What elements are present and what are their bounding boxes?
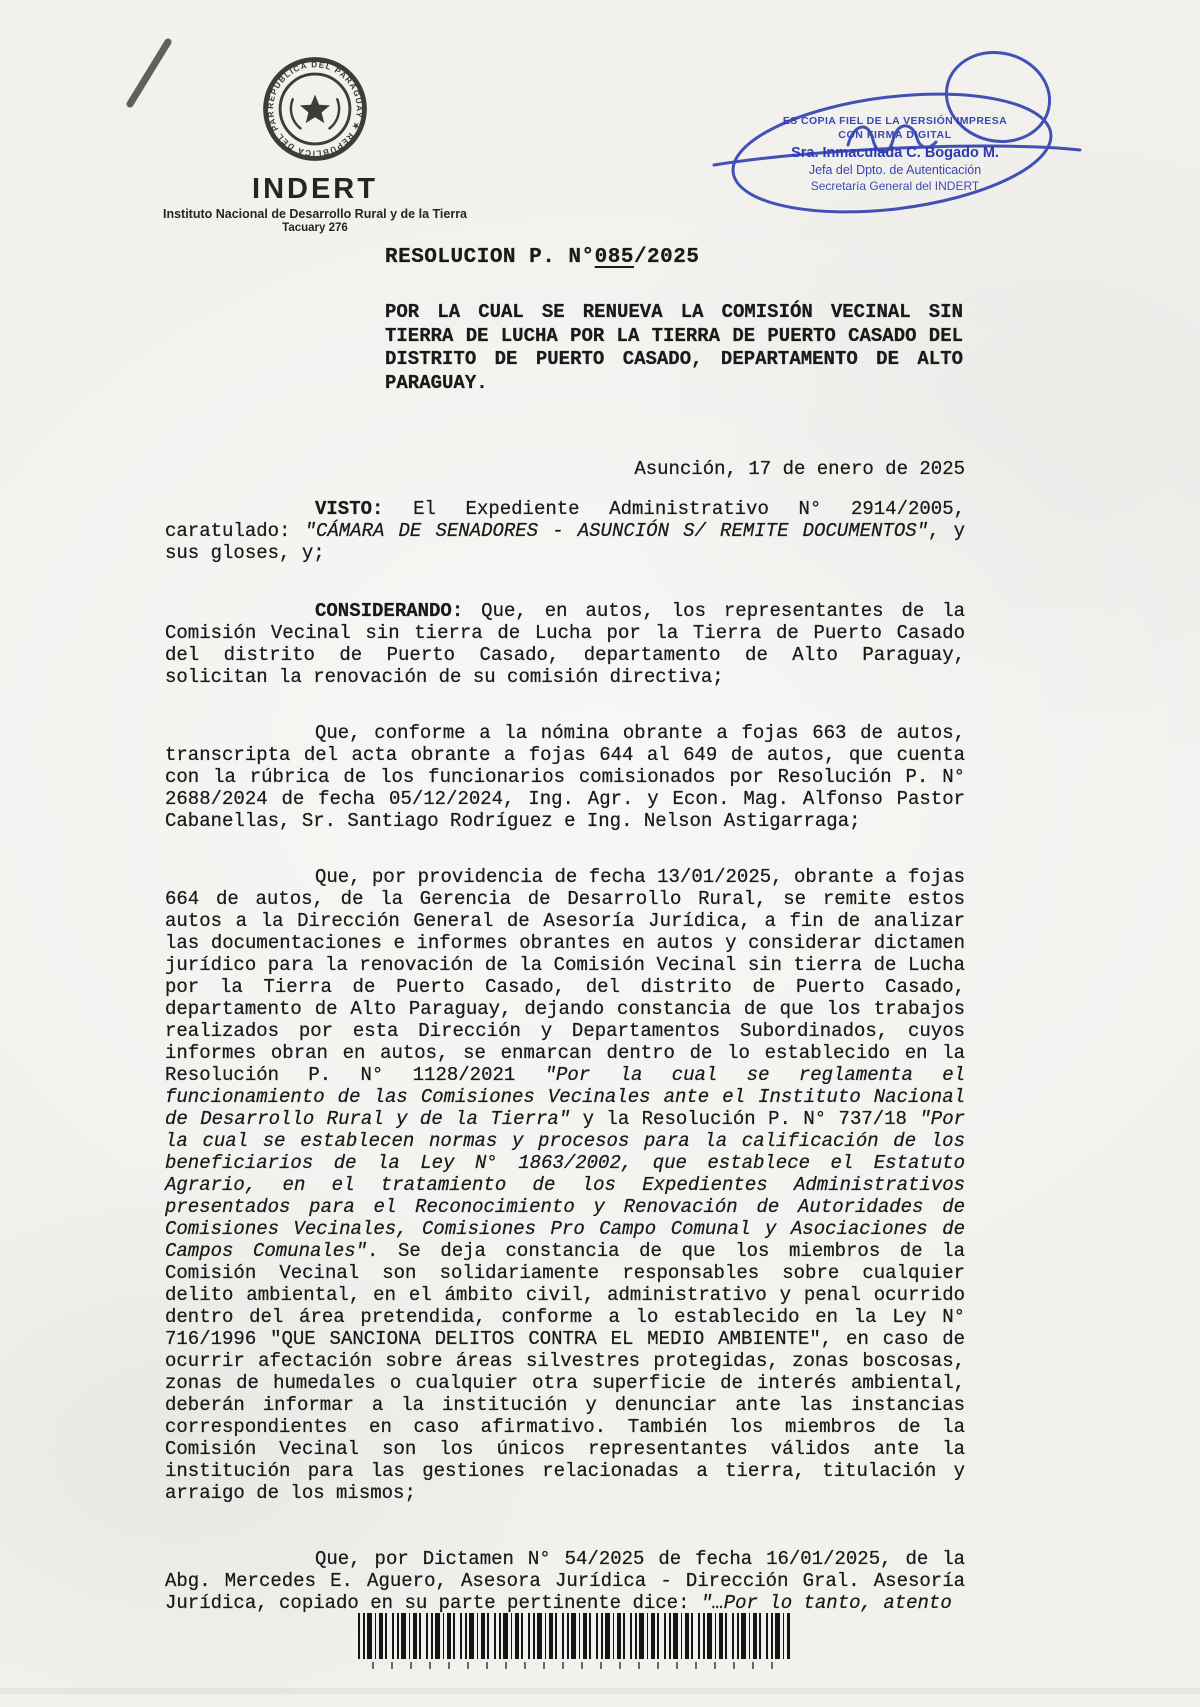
dateline: Asunción, 17 de enero de 2025 (165, 458, 965, 480)
document-paragraph-nomina: Que, conforme a la nómina obrante a foja… (165, 722, 965, 832)
org-address: Tacuary 276 (135, 222, 495, 235)
org-name: Instituto Nacional de Desarrollo Rural y… (135, 207, 495, 222)
indert-seal-icon: REPUBLICA DEL PARAGUAY ★ REPUBLICA DEL P… (252, 46, 378, 172)
stamp-signer-office: Secretaría General del INDERT (700, 179, 1090, 193)
document-paragraph-visto: VISTO: El Expediente Administrativo N° 2… (165, 498, 965, 564)
resolution-title-prefix: RESOLUCION P. N° (385, 246, 595, 269)
barcode (358, 1613, 790, 1659)
document-paragraph-dictamen: Que, por Dictamen N° 54/2025 de fecha 16… (165, 1548, 965, 1614)
seal-star-icon (300, 94, 330, 123)
authentication-stamp: ES COPIA FIEL DE LA VERSIÓN IMPRESA CON … (700, 45, 1090, 235)
seal-ring-text: REPUBLICA DEL PARAGUAY ★ REPUBLICA DEL P… (252, 46, 364, 158)
resolution-title-suffix: /2025 (634, 246, 700, 269)
org-acronym: INDERT (135, 174, 495, 204)
stamp-signer-role: Jefa del Dpto. de Autenticación (700, 163, 1090, 177)
stamp-line-2: CON FIRMA DIGITAL (700, 129, 1090, 141)
barcode-digits (372, 1662, 780, 1669)
scan-artifact-band (0, 1688, 1200, 1694)
svg-text:REPUBLICA DEL PARAGUAY ★ REPUB: REPUBLICA DEL PARAGUAY ★ REPUBLICA DEL P… (252, 46, 364, 158)
document-paragraph-considerando: CONSIDERANDO: Que, en autos, los represe… (165, 600, 965, 688)
indert-logo: REPUBLICA DEL PARAGUAY ★ REPUBLICA DEL P… (135, 46, 495, 235)
document-page: REPUBLICA DEL PARAGUAY ★ REPUBLICA DEL P… (0, 0, 1200, 1707)
resolution-subject: POR LA CUAL SE RENUEVA LA COMISIÓN VECIN… (385, 301, 963, 395)
document-paragraph-providencia: Que, por providencia de fecha 13/01/2025… (165, 866, 965, 1504)
stamp-line-1: ES COPIA FIEL DE LA VERSIÓN IMPRESA (700, 115, 1090, 127)
resolution-number: 085 (595, 246, 634, 269)
resolution-title: RESOLUCION P. N°085/2025 (385, 246, 699, 269)
stamp-signer-name: Sra. Inmaculada C. Bogado M. (700, 145, 1090, 161)
